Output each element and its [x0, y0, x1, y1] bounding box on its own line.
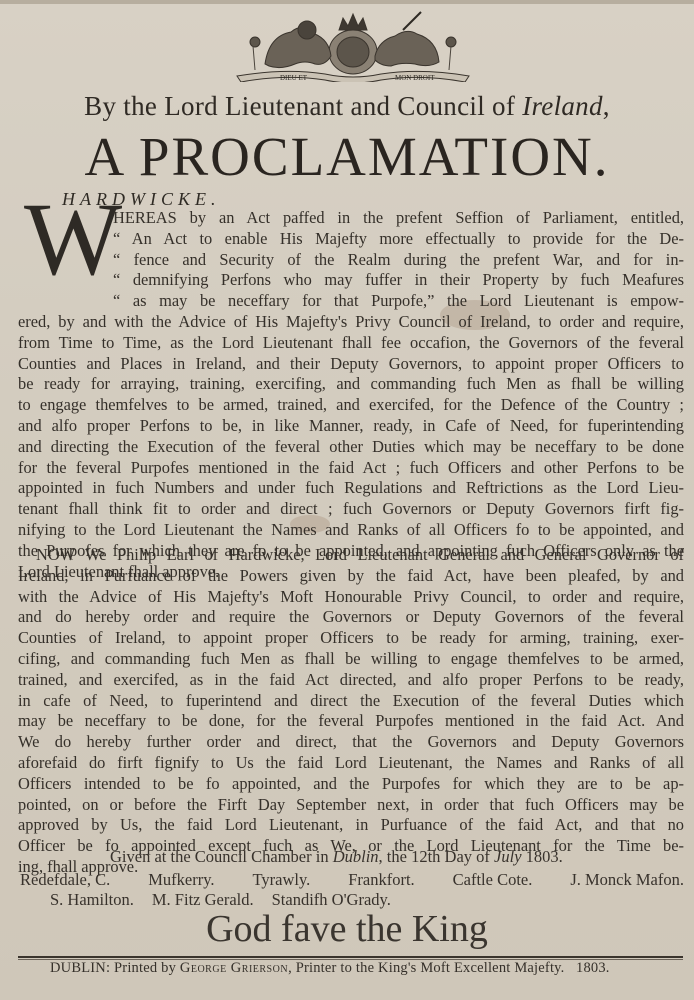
body-line: Counties and Places in Ireland, and thei… — [18, 354, 684, 375]
body-line: for the feveral Purpofes mentioned in th… — [18, 458, 684, 479]
councillor-name: Mufkerry. — [148, 870, 214, 890]
heading-text: By the Lord Lieutenant and Council of — [84, 91, 522, 121]
given-at-line: Given at the Council Chamber in Dublin, … — [110, 847, 563, 867]
body-line: nifying to the Lord Lieutenant the Names… — [18, 520, 684, 541]
god-save-the-king: God fave the King — [0, 905, 694, 953]
councillor-name: Caftle Cote. — [453, 870, 533, 890]
proclamation-sheet: DIEU ET MON DROIT By the Lord Lieutenant… — [0, 0, 694, 1000]
paragraph-now-we: NOW We Philip Earl of Hardwicke, Lord Li… — [18, 545, 684, 878]
imprint-suffix: , Printer to the King's Moft Excellent M… — [288, 960, 564, 976]
councillor-signatures-row-1: Redefdale, C. Mufkerry. Tyrawly. Frankfo… — [20, 870, 684, 890]
body-line: We do hereby further order and direct, t… — [18, 732, 684, 753]
body-line: in cafe of Need, to fuperintend and dire… — [18, 691, 684, 712]
proclamation-title: A PROCLAMATION. — [0, 124, 694, 190]
imprint-prefix: DUBLIN: Printed by — [50, 960, 180, 976]
given-place: Dublin — [333, 847, 379, 866]
printer-imprint: DUBLIN: Printed by George Grierson, Prin… — [50, 960, 610, 977]
heading-suffix: , — [603, 91, 610, 121]
body-line: and do hereby order and require the Gove… — [18, 607, 684, 628]
given-month: July — [494, 847, 521, 866]
body-line: and alfo proper Perfons to be, in like M… — [18, 416, 684, 437]
body-line: cifing, and commanding fuch Men as fhall… — [18, 649, 684, 670]
motto-right: MON DROIT — [395, 74, 435, 82]
body-line: appointed in fuch Numbers and under fuch… — [18, 478, 684, 499]
given-middle: , the 12th Day of — [379, 847, 494, 866]
councillor-name: Redefdale, C. — [20, 870, 110, 890]
heading-place: Ireland — [522, 91, 603, 121]
body-line: pointed, on or before the Firft Day Sept… — [18, 795, 684, 816]
body-line: “ An Act to enable His Majefty more effe… — [18, 229, 684, 250]
paragraph-whereas: HEREAS by an Act paffed in the prefent S… — [18, 208, 684, 582]
body-line: to engage themfelves to be armed, traine… — [18, 395, 684, 416]
councillor-name: J. Monck Mafon. — [570, 870, 684, 890]
body-line: approved by Us, the faid Lord Lieutenant… — [18, 815, 684, 836]
body-line: NOW We Philip Earl of Hardwicke, Lord Li… — [18, 545, 684, 566]
body-line: HEREAS by an Act paffed in the prefent S… — [18, 208, 684, 229]
royal-coat-of-arms: DIEU ET MON DROIT — [225, 6, 480, 82]
proclamation-heading: By the Lord Lieutenant and Council of Ir… — [0, 91, 694, 122]
body-line: be ready for arraying, training, exercif… — [18, 374, 684, 395]
body-line: may be neceffary to be done, for the fev… — [18, 711, 684, 732]
body-line: with the Advice of His Majefty's Moft Ho… — [18, 587, 684, 608]
given-year: 1803. — [522, 847, 563, 866]
body-line: Ireland, in Purfuance of the Powers give… — [18, 566, 684, 587]
councillor-name: Frankfort. — [348, 870, 414, 890]
imprint-printer: George Grierson — [180, 960, 288, 976]
councillor-name: Tyrawly. — [252, 870, 310, 890]
body-line: “ as may be neceffary for that Purpofe,”… — [18, 291, 684, 312]
body-line: Officers intended to be fo appointed, an… — [18, 774, 684, 795]
body-line: tenant fhall think fit to order and dire… — [18, 499, 684, 520]
body-line: Counties of Ireland, to appoint proper O… — [18, 628, 684, 649]
body-line: “ fence and Security of the Realm during… — [18, 250, 684, 271]
imprint-year: 1803. — [576, 960, 610, 976]
body-line: “ demnifying Perfons who may fuffer in t… — [18, 270, 684, 291]
given-prefix: Given at the Council Chamber in — [110, 847, 333, 866]
motto-left: DIEU ET — [280, 74, 308, 82]
body-line: and directing the Execution of the fever… — [18, 437, 684, 458]
body-line: trained, and exercifed, as in the faid A… — [18, 670, 684, 691]
body-line: from Time to Time, as the Lord Lieutenan… — [18, 333, 684, 354]
body-line: aforefaid do firft fignify to Us the fai… — [18, 753, 684, 774]
paper-top-edge — [0, 0, 694, 4]
coat-of-arms-icon: DIEU ET MON DROIT — [225, 6, 480, 82]
body-line: ered, by and with the Advice of His Maje… — [18, 312, 684, 333]
